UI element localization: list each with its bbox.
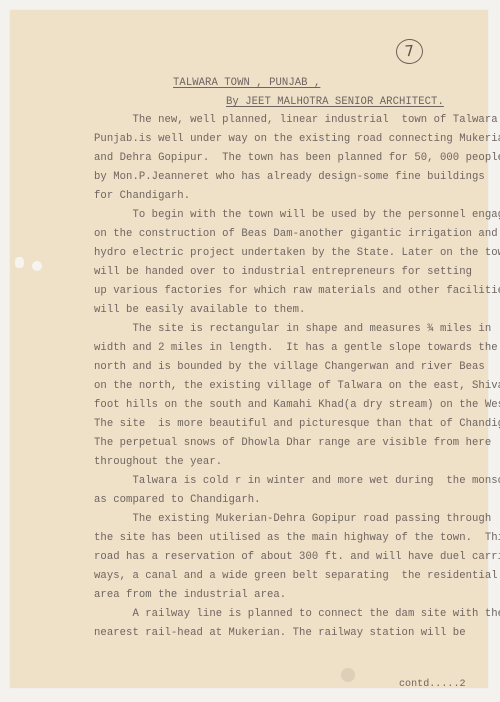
text-line: To begin with the town will be used by t… bbox=[94, 206, 500, 225]
text-line: area from the industrial area. bbox=[94, 586, 500, 605]
text-line: foot hills on the south and Kamahi Khad(… bbox=[94, 396, 500, 415]
text-line: as compared to Chandigarh. bbox=[94, 491, 500, 510]
author-byline: By JEET MALHOTRA SENIOR ARCHITECT. bbox=[226, 93, 444, 112]
text-line: will be easily available to them. bbox=[94, 301, 500, 320]
text-line: Punjab.is well under way on the existing… bbox=[94, 130, 500, 149]
text-line: The perpetual snows of Dhowla Dhar range… bbox=[94, 434, 500, 453]
text-line: throughout the year. bbox=[94, 453, 500, 472]
text-line: hydro electric project undertaken by the… bbox=[94, 244, 500, 263]
text-line: on the construction of Beas Dam-another … bbox=[94, 225, 500, 244]
text-line: up various factories for which raw mater… bbox=[94, 282, 500, 301]
text-line: Talwara is cold r in winter and more wet… bbox=[94, 472, 500, 491]
text-line: the site has been utilised as the main h… bbox=[94, 529, 500, 548]
body-text: The new, well planned, linear industrial… bbox=[94, 111, 500, 643]
text-line: will be handed over to industrial entrep… bbox=[94, 263, 500, 282]
text-line: ways, a canal and a wide green belt sepa… bbox=[94, 567, 500, 586]
text-line: north and is bounded by the village Chan… bbox=[94, 358, 500, 377]
text-line: width and 2 miles in length. It has a ge… bbox=[94, 339, 500, 358]
document-page: 7 TALWARA TOWN , PUNJAB , By JEET MALHOT… bbox=[10, 10, 488, 688]
text-line: The site is rectangular in shape and mea… bbox=[94, 320, 500, 339]
text-line: The new, well planned, linear industrial… bbox=[94, 111, 500, 130]
text-line: for Chandigarh. bbox=[94, 187, 500, 206]
text-line: The site is more beautiful and picturesq… bbox=[94, 415, 500, 434]
document-title: TALWARA TOWN , PUNJAB , bbox=[173, 74, 320, 93]
text-line: by Mon.P.Jeanneret who has already desig… bbox=[94, 168, 500, 187]
continuation-note: contd.....2 bbox=[399, 675, 466, 694]
text-line: The existing Mukerian-Dehra Gopipur road… bbox=[94, 510, 500, 529]
punch-hole bbox=[32, 261, 42, 271]
text-line: nearest rail-head at Mukerian. The railw… bbox=[94, 624, 500, 643]
handwritten-page-number: 7 bbox=[395, 38, 424, 65]
text-line: and Dehra Gopipur. The town has been pla… bbox=[94, 149, 500, 168]
text-line: on the north, the existing village of Ta… bbox=[94, 377, 500, 396]
punch-hole-edge bbox=[15, 257, 24, 268]
ink-smudge bbox=[341, 668, 355, 682]
text-line: road has a reservation of about 300 ft. … bbox=[94, 548, 500, 567]
text-line: A railway line is planned to connect the… bbox=[94, 605, 500, 624]
